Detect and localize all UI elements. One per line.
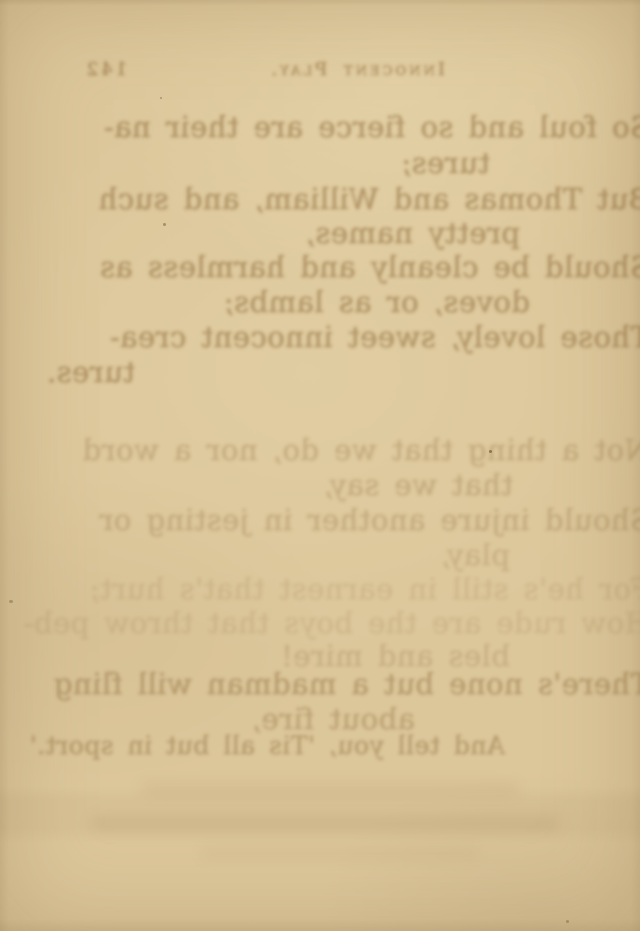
faint-smudge	[200, 848, 480, 859]
faint-smudge	[90, 816, 560, 831]
ghost-line: And tell you, 'Tis all but in sport.'	[29, 731, 505, 760]
paper-speck	[160, 97, 162, 99]
ghost-line: Should injure another in jesting or	[99, 503, 640, 537]
ghost-line: pretty names,	[305, 216, 520, 250]
ghost-line: How rude are the boys that throw peb-	[23, 606, 640, 640]
page-number-ghost: 142	[84, 59, 127, 80]
faint-smudge	[140, 782, 520, 795]
ghost-line: tures.	[47, 355, 135, 389]
scanned-book-page: Innocent Play. 142 So foul and so fierce…	[0, 0, 640, 931]
ghost-line: Not a thing that we do, nor a word	[82, 433, 640, 467]
paper-speck	[489, 450, 492, 453]
paper-speck	[163, 223, 166, 226]
ghost-line: So foul and so fierce are their na-	[103, 110, 640, 144]
paper-speck	[566, 920, 569, 923]
running-title-ghost: Innocent Play.	[268, 59, 445, 80]
ghost-line: play,	[441, 538, 510, 572]
ghost-line: that we say,	[323, 468, 513, 502]
ghost-line: But Thomas and William, and such	[98, 182, 640, 216]
ghost-line: Should be cleanly and harmless as	[100, 250, 640, 284]
ghost-line: tures;	[401, 146, 490, 180]
ghost-line: Those lovely, sweet innocent crea-	[109, 320, 640, 354]
paper-speck	[9, 600, 13, 603]
ghost-line: There's none but a madman will fling	[53, 667, 640, 701]
ghost-line: doves, or as lambs;	[223, 285, 530, 319]
ghost-line: For he's still in earnest that's hurt;	[89, 572, 640, 606]
